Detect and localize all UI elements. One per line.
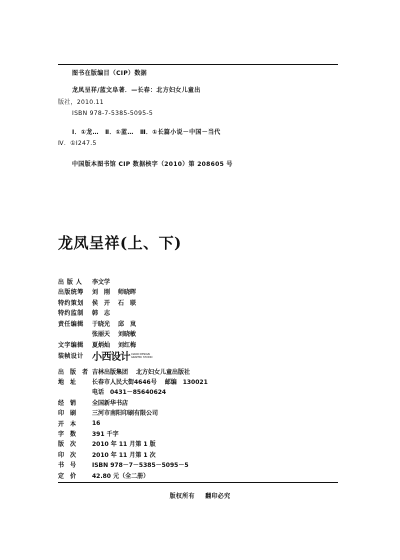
credit-row: 出 版 人 李文学 <box>58 276 348 287</box>
pub-row: 电话 0431－85640624 <box>58 387 348 397</box>
pub-label: 定价 <box>58 471 92 480</box>
credit-label: 特约策划 <box>58 298 92 307</box>
credit-row: 出版统筹 刘 刚 师晓晖 <box>58 287 348 298</box>
pub-row: 书号 ISBN 978－7－5385－5095－5 <box>58 460 348 470</box>
pub-label: 开本 <box>58 419 92 428</box>
logo-subtext: GRAPHIC STUDIO <box>131 356 153 359</box>
credit-row: 装帧设计 小西设计 XIAOXI DESIGN GRAPHIC STUDIO <box>58 350 348 362</box>
pub-value: 北方妇女儿童出版社 <box>136 367 190 376</box>
pub-value: 42.80 元（全二册） <box>92 471 149 480</box>
credit-value: 刘晓敏 <box>118 329 136 338</box>
pub-value: 16 <box>92 420 100 427</box>
credit-value: 侯 开 <box>92 298 110 307</box>
pub-label: 版次 <box>58 439 92 448</box>
bottom-rule <box>58 482 338 483</box>
cip-record-number: 中国版本图书馆 CIP 数据核字（2010）第 208605 号 <box>72 161 233 169</box>
pub-value: ISBN 978－7－5385－5095－5 <box>92 460 189 469</box>
credit-value: 韩 志 <box>92 308 110 317</box>
cover-design-logo: 小西设计 XIAOXI DESIGN GRAPHIC STUDIO <box>92 348 153 363</box>
pub-label: 字数 <box>58 429 92 438</box>
credit-label: 出版统筹 <box>58 287 92 296</box>
credit-value: 于晓光 <box>92 319 110 328</box>
pub-value: 电话 0431－85640624 <box>92 387 166 396</box>
piracy-warning: 翻印必究 <box>205 493 230 500</box>
credit-value: 邱 岚 <box>118 319 136 328</box>
credit-row: 张丽天 刘晓敏 <box>58 329 348 340</box>
rights-reserved: 版权所有 <box>170 493 195 500</box>
credits-block: 出 版 人 李文学 出版统筹 刘 刚 师晓晖 特约策划 侯 开 石 联 特约监制… <box>58 276 348 362</box>
publication-block: 出版者 吉林出版集团 北方妇女儿童出版社 地址 长春市人民大街4646号 邮编 … <box>58 366 348 480</box>
credit-value: 张丽天 <box>92 329 110 338</box>
credit-label: 装帧设计 <box>58 351 92 360</box>
pub-label: 印次 <box>58 450 92 459</box>
pub-label: 地址 <box>58 377 92 386</box>
credit-row: 责任编辑 于晓光 邱 岚 <box>58 318 348 329</box>
pub-row: 经销 全国新华书店 <box>58 397 348 407</box>
credit-label: 文字编辑 <box>58 340 92 349</box>
pub-row: 版次 2010 年 11 月第 1 版 <box>58 439 348 449</box>
credit-row: 特约监制 韩 志 <box>58 308 348 319</box>
pub-label: 经销 <box>58 398 92 407</box>
credit-value: 李文学 <box>92 277 110 286</box>
cip-classification: Ⅰ．①龙… Ⅱ．①蓝… Ⅲ．①长篇小说－中国－当代 <box>72 129 221 137</box>
pub-value: 三河市南阳印刷有限公司 <box>92 408 158 417</box>
credit-value: 石 联 <box>118 298 136 307</box>
pub-value: 2010 年 11 月第 1 版 <box>92 439 156 448</box>
pub-label: 印刷 <box>58 408 92 417</box>
book-title: 龙凤呈祥(上、下) <box>58 232 182 253</box>
credit-label: 责任编辑 <box>58 319 92 328</box>
credit-value: 刘 刚 <box>92 287 110 296</box>
pub-value: 全国新华书店 <box>92 398 128 407</box>
top-rule <box>58 64 338 65</box>
pub-row: 开本 16 <box>58 418 348 428</box>
pub-label: 出版者 <box>58 367 92 376</box>
pub-value: 长春市人民大街4646号 <box>92 377 157 386</box>
cip-heading: 图书在版编目（CIP）数据 <box>72 70 147 78</box>
cip-line: 版社，2010.11 <box>58 99 104 107</box>
credit-value: 师晓晖 <box>118 287 136 296</box>
pub-row: 字数 391 千字 <box>58 428 348 438</box>
pub-value: 391 千字 <box>92 429 119 438</box>
credit-label: 出 版 人 <box>58 277 92 286</box>
pub-label: 书号 <box>58 460 92 469</box>
pub-value: 邮编 130021 <box>165 377 208 386</box>
cip-line: 龙凤呈祥/蓝文阜著．—长春：北方妇女儿童出 <box>72 87 201 95</box>
pub-row: 出版者 吉林出版集团 北方妇女儿童出版社 <box>58 366 348 376</box>
pub-row: 定价 42.80 元（全二册） <box>58 470 348 480</box>
pub-value: 2010 年 11 月第 1 次 <box>92 450 156 459</box>
pub-value: 吉林出版集团 <box>92 367 128 376</box>
copyright-notice: 版权所有 翻印必究 <box>0 491 400 500</box>
logo-mark: 小西设计 <box>92 348 130 363</box>
pub-row: 印次 2010 年 11 月第 1 次 <box>58 449 348 459</box>
cip-isbn: ISBN 978-7-5385-5095-5 <box>72 110 153 118</box>
pub-row: 印刷 三河市南阳印刷有限公司 <box>58 408 348 418</box>
credit-row: 特约策划 侯 开 石 联 <box>58 297 348 308</box>
pub-row: 地址 长春市人民大街4646号 邮编 130021 <box>58 376 348 386</box>
credit-label: 特约监制 <box>58 308 92 317</box>
cip-classification: Ⅳ．①I247.5 <box>58 140 97 148</box>
